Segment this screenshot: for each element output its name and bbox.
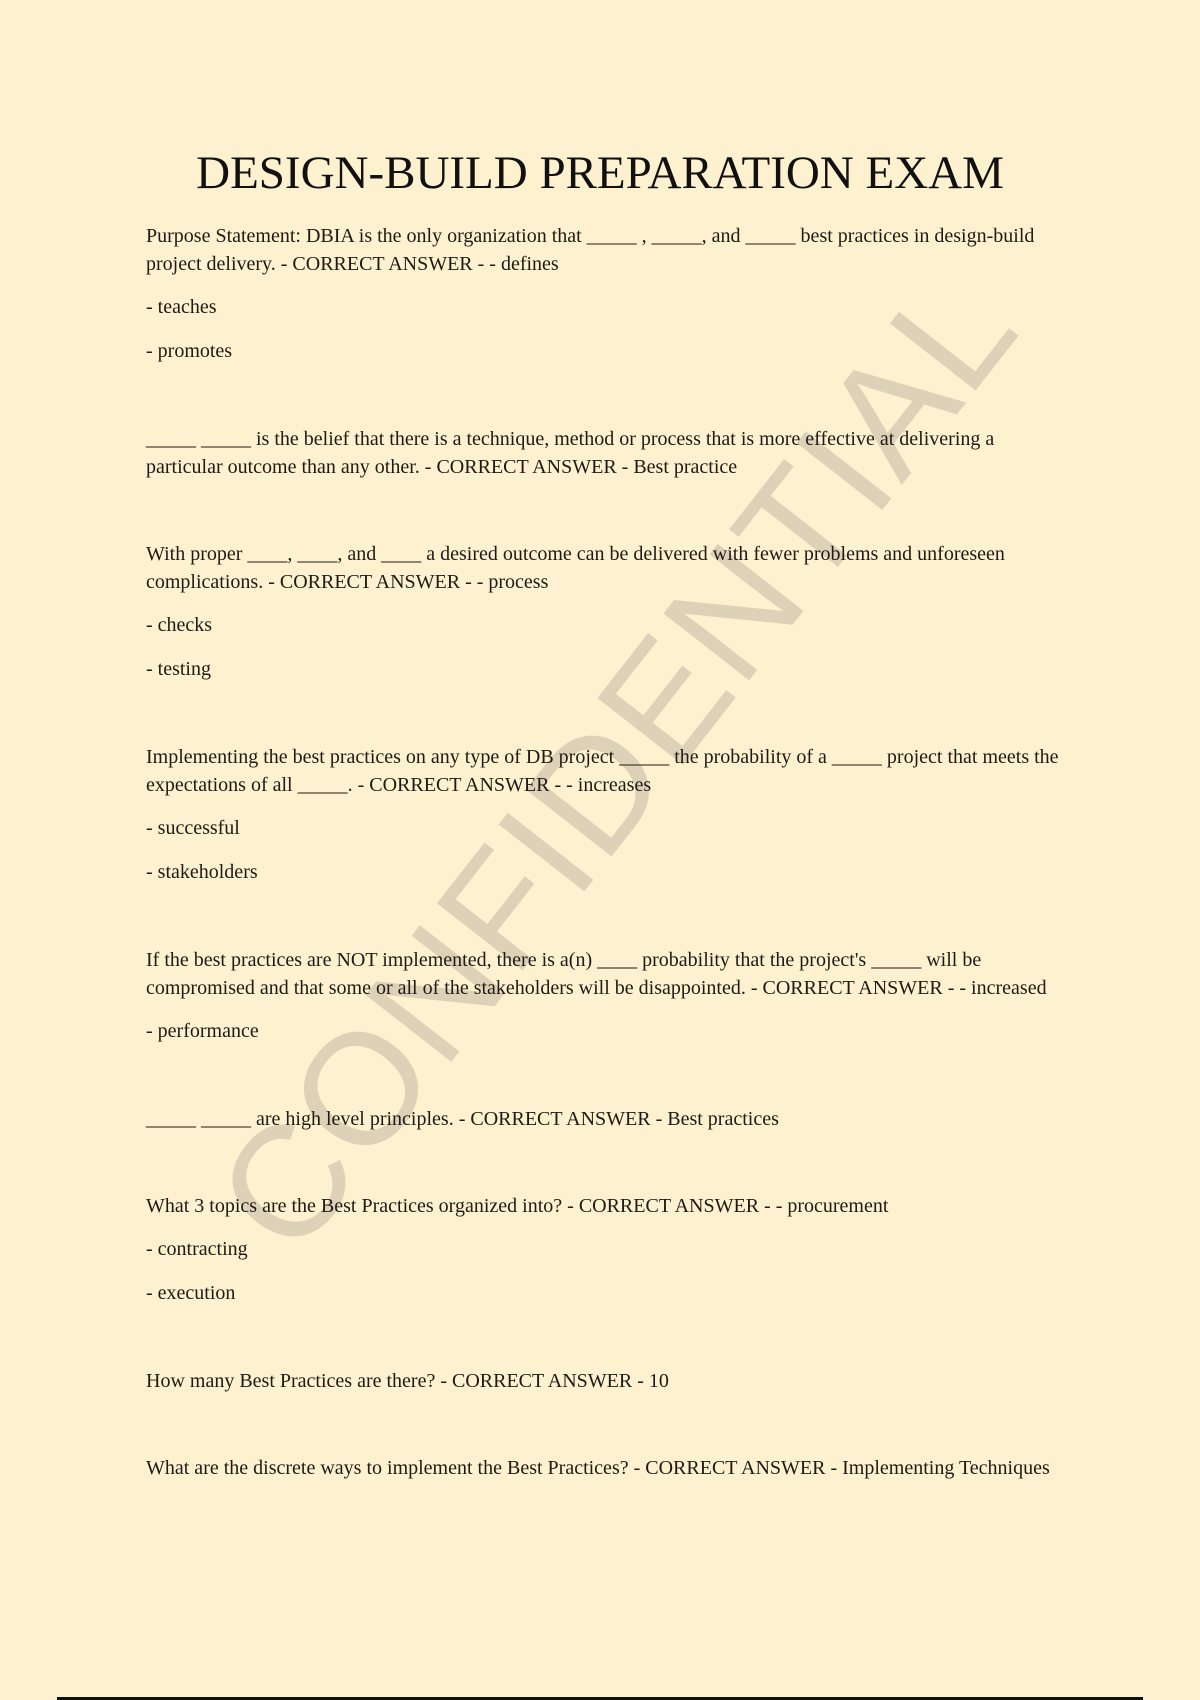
qa-item: If the best practices are NOT implemente… xyxy=(146,946,1066,1045)
answer-bullet: - promotes xyxy=(146,337,1066,365)
qa-item: _____ _____ is the belief that there is … xyxy=(146,425,1066,481)
document-page: CONFIDENTIAL DESIGN-BUILD PREPARATION EX… xyxy=(0,0,1200,1700)
qa-item: What are the discrete ways to implement … xyxy=(146,1454,1066,1482)
question-text: What 3 topics are the Best Practices org… xyxy=(146,1192,1066,1220)
answer-bullet: - successful xyxy=(146,814,1066,842)
question-text: How many Best Practices are there? - COR… xyxy=(146,1367,1066,1395)
question-text: What are the discrete ways to implement … xyxy=(146,1454,1066,1482)
document-title: DESIGN-BUILD PREPARATION EXAM xyxy=(0,146,1200,200)
answer-bullet: - checks xyxy=(146,611,1066,639)
question-text: If the best practices are NOT implemente… xyxy=(146,946,1066,1002)
qa-content: Purpose Statement: DBIA is the only orga… xyxy=(146,222,1066,1497)
answer-bullet: - stakeholders xyxy=(146,858,1066,886)
answer-bullet: - testing xyxy=(146,655,1066,683)
qa-item: With proper ____, ____, and ____ a desir… xyxy=(146,540,1066,683)
qa-item: What 3 topics are the Best Practices org… xyxy=(146,1192,1066,1307)
question-text: Implementing the best practices on any t… xyxy=(146,743,1066,799)
answer-bullet: - execution xyxy=(146,1279,1066,1307)
answer-bullet: - performance xyxy=(146,1017,1066,1045)
answer-bullet: - teaches xyxy=(146,293,1066,321)
question-text: With proper ____, ____, and ____ a desir… xyxy=(146,540,1066,596)
qa-item: _____ _____ are high level principles. -… xyxy=(146,1105,1066,1133)
qa-item: Purpose Statement: DBIA is the only orga… xyxy=(146,222,1066,365)
question-text: Purpose Statement: DBIA is the only orga… xyxy=(146,222,1066,278)
answer-bullet: - contracting xyxy=(146,1235,1066,1263)
question-text: _____ _____ are high level principles. -… xyxy=(146,1105,1066,1133)
qa-item: How many Best Practices are there? - COR… xyxy=(146,1367,1066,1395)
qa-item: Implementing the best practices on any t… xyxy=(146,743,1066,886)
question-text: _____ _____ is the belief that there is … xyxy=(146,425,1066,481)
